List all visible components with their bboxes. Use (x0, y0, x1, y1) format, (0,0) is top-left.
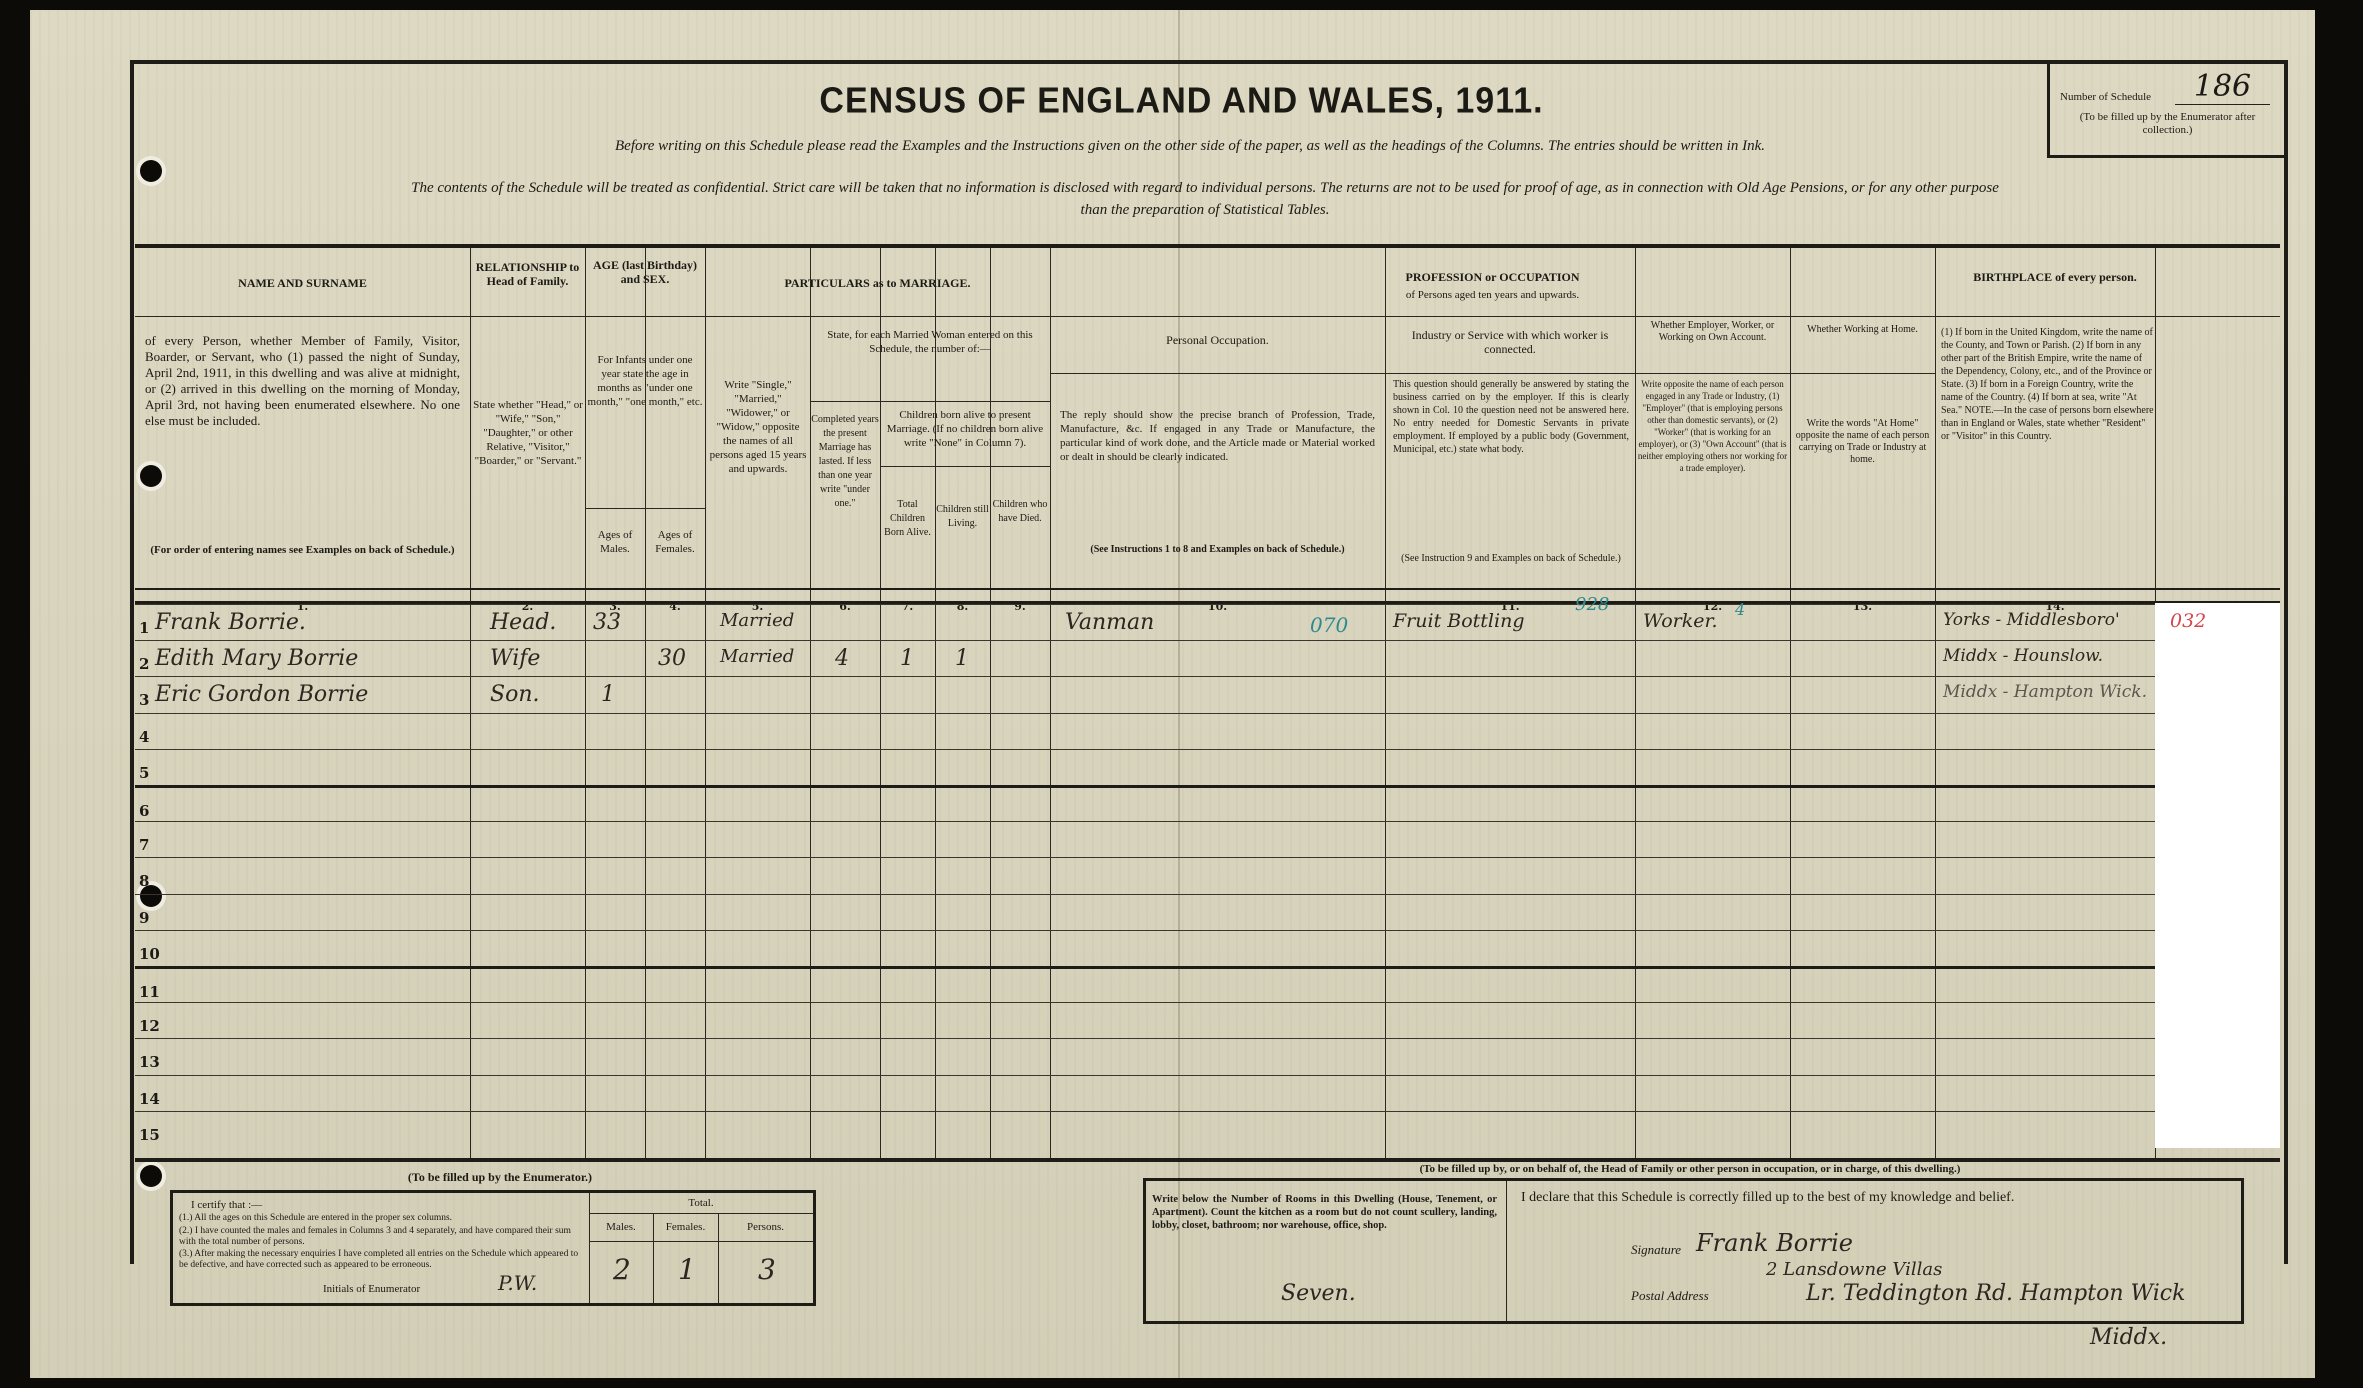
row3-name: Eric Gordon Borrie (155, 682, 368, 707)
col11-header: Industry or Service with which worker is… (1385, 328, 1635, 356)
certify-item-2: (2.) I have counted the males and female… (179, 1226, 579, 1248)
address-label: Postal Address (1631, 1289, 1709, 1302)
col12-header: Whether Employer, Worker, or Working on … (1635, 320, 1790, 344)
certify-item-1: (1.) All the ages on this Schedule are e… (179, 1213, 579, 1224)
initials-label: Initials of Enumerator (323, 1283, 420, 1296)
certify-label: I certify that :— (191, 1199, 262, 1212)
row2-years-married: 4 (835, 646, 849, 671)
males-label: Males. (589, 1221, 653, 1234)
row-number: 4 (139, 728, 149, 746)
address-line-1: 2 Lansdowne Villas (1766, 1259, 1942, 1280)
row-number: 10 (139, 945, 160, 963)
row-number: 12 (139, 1017, 160, 1035)
col13-header: Whether Working at Home. (1790, 323, 1935, 337)
table-row: 8 (135, 857, 2155, 894)
signature-label: Signature (1631, 1243, 1681, 1256)
married-woman-instructions: State, for each Married Woman entered on… (810, 328, 1050, 356)
row-number: 6 (139, 802, 149, 820)
address-line-3: Middx. (2090, 1325, 2167, 1350)
table-row: 6 (135, 785, 2155, 824)
col13-instructions: Write the words "At Home" opposite the n… (1795, 418, 1930, 466)
row-number: 13 (139, 1053, 160, 1071)
col9-header: Children who have Died. (990, 498, 1050, 526)
row1-industry: Fruit Bottling (1393, 610, 1524, 632)
total-label: Total. (589, 1197, 813, 1210)
instructions-line: Before writing on this Schedule please r… (300, 138, 2080, 155)
table-row: 9 (135, 894, 2155, 931)
row2-children-born: 1 (900, 646, 914, 671)
children-header: Children born alive to present Marriage.… (880, 408, 1050, 450)
col12-instructions: Write opposite the name of each person e… (1637, 378, 1788, 474)
household-declaration-box: Write below the Number of Rooms in this … (1143, 1178, 2244, 1324)
enumerator-heading: (To be filled up by the Enumerator.) (340, 1170, 660, 1184)
signature: Frank Borrie (1696, 1229, 1853, 1257)
col14-instructions: (1) If born in the United Kingdom, write… (1941, 326, 2156, 443)
row1-nationality-code: 032 (2170, 610, 2206, 632)
row2-relationship: Wife (490, 646, 540, 671)
row1-occupation-code: 070 (1310, 613, 1348, 637)
row-number: 8 (139, 872, 149, 890)
col2-header: RELATIONSHIP to Head of Family. (470, 260, 585, 288)
females-label: Females. (653, 1221, 718, 1234)
address-line-2: Lr. Teddington Rd. Hampton Wick (1806, 1281, 2185, 1306)
col14-header: BIRTHPLACE of every person. (1935, 270, 2175, 284)
col4-header: Ages of Females. (645, 528, 705, 556)
total-males: 2 (613, 1253, 631, 1286)
row1-employment-code: 4 (1735, 600, 1745, 619)
row2-name: Edith Mary Borrie (155, 646, 358, 671)
table-row: 4 (135, 713, 2155, 750)
col1-note: (For order of entering names see Example… (145, 543, 460, 557)
row-number: 1 (139, 619, 149, 637)
row-number: 11 (139, 983, 160, 1001)
table-row: 14 (135, 1075, 2155, 1112)
col1-instructions: of every Person, whether Member of Famil… (145, 333, 460, 429)
table-row: 2 (135, 640, 2155, 677)
total-persons: 3 (758, 1253, 776, 1286)
row-number: 9 (139, 909, 149, 927)
col2-instructions: State whether "Head," or "Wife," "Son," … (473, 398, 583, 468)
table-row: 13 (135, 1038, 2155, 1075)
total-females: 1 (678, 1253, 696, 1286)
row3-birthplace: Middx - Hampton Wick. (1943, 682, 2147, 702)
table-row: 5 (135, 749, 2155, 786)
row2-condition: Married (720, 646, 794, 667)
row-number: 5 (139, 764, 149, 782)
enumerator-certificate-box: I certify that :— (1.) All the ages on t… (170, 1190, 816, 1306)
household-heading: (To be filled up by, or on behalf of, th… (1175, 1162, 2205, 1176)
document-title: CENSUS OF ENGLAND AND WALES, 1911. (0, 81, 2363, 122)
table-row: 3 (135, 676, 2155, 713)
row3-relationship: Son. (490, 682, 539, 707)
occupation-header: PROFESSION or OCCUPATION (1050, 270, 1935, 284)
table-row: 12 (135, 1002, 2155, 1039)
col3-header: Ages of Males. (585, 528, 645, 556)
row1-condition: Married (720, 610, 794, 631)
table-row: 10 (135, 930, 2155, 967)
col7-header: Total Children Born Alive. (880, 498, 935, 540)
confidential-line-2: than the preparation of Statistical Tabl… (150, 202, 2260, 219)
table-row: 11 (135, 966, 2155, 1005)
marriage-header: PARTICULARS as to MARRIAGE. (705, 276, 1050, 290)
row-number: 2 (139, 655, 149, 673)
col10-header: Personal Occupation. (1050, 333, 1385, 347)
rooms-count: Seven. (1281, 1281, 1356, 1306)
row-number: 14 (139, 1090, 160, 1108)
col10-note: (See Instructions 1 to 8 and Examples on… (1060, 543, 1375, 557)
redacted-infirmity-column (2155, 603, 2280, 1148)
certify-item-3: (3.) After making the necessary enquirie… (179, 1249, 579, 1271)
row1-industry-code: 928 (1575, 594, 1609, 615)
row-number: 3 (139, 691, 149, 709)
row1-name: Frank Borrie. (155, 610, 306, 635)
col5-instructions: Write "Single," "Married," "Widower," or… (709, 378, 807, 476)
age-header: AGE (last Birthday) and SEX. (585, 258, 705, 286)
row3-age-male: 1 (601, 682, 615, 707)
age-instructions: For Infants under one year state the age… (587, 353, 703, 409)
confidential-line: The contents of the Schedule will be tre… (150, 180, 2260, 197)
col10-instructions: The reply should show the precise branch… (1060, 408, 1375, 464)
row-number: 15 (139, 1126, 160, 1144)
enumerator-initials: P.W. (498, 1271, 537, 1295)
col6-instructions: Completed years the present Marriage has… (811, 413, 879, 511)
table-row: 15 (135, 1111, 2155, 1148)
declaration-text: I declare that this Schedule is correctl… (1521, 1191, 2014, 1204)
row2-age-female: 30 (658, 646, 686, 671)
col11-instructions: This question should generally be answer… (1393, 378, 1629, 456)
rooms-instruction: Write below the Number of Rooms in this … (1152, 1193, 1497, 1232)
col1-header: NAME AND SURNAME (135, 276, 470, 290)
row1-relationship: Head. (490, 610, 556, 635)
row1-age-male: 33 (593, 610, 621, 635)
row-number: 7 (139, 836, 149, 854)
occupation-subheader: of Persons aged ten years and upwards. (1050, 288, 1935, 302)
row2-birthplace: Middx - Hounslow. (1943, 646, 2103, 666)
row1-employment: Worker. (1643, 610, 1718, 632)
row1-birthplace: Yorks - Middlesboro' (1943, 610, 2120, 630)
persons-label: Persons. (718, 1221, 813, 1234)
row2-children-living: 1 (955, 646, 969, 671)
col11-note: (See Instruction 9 and Examples on back … (1393, 553, 1629, 565)
row1-occupation: Vanman (1065, 610, 1154, 635)
col8-header: Children still Living. (935, 503, 990, 531)
table-row: 7 (135, 821, 2155, 858)
household-table: NAME AND SURNAME of every Person, whethe… (135, 244, 2280, 1162)
